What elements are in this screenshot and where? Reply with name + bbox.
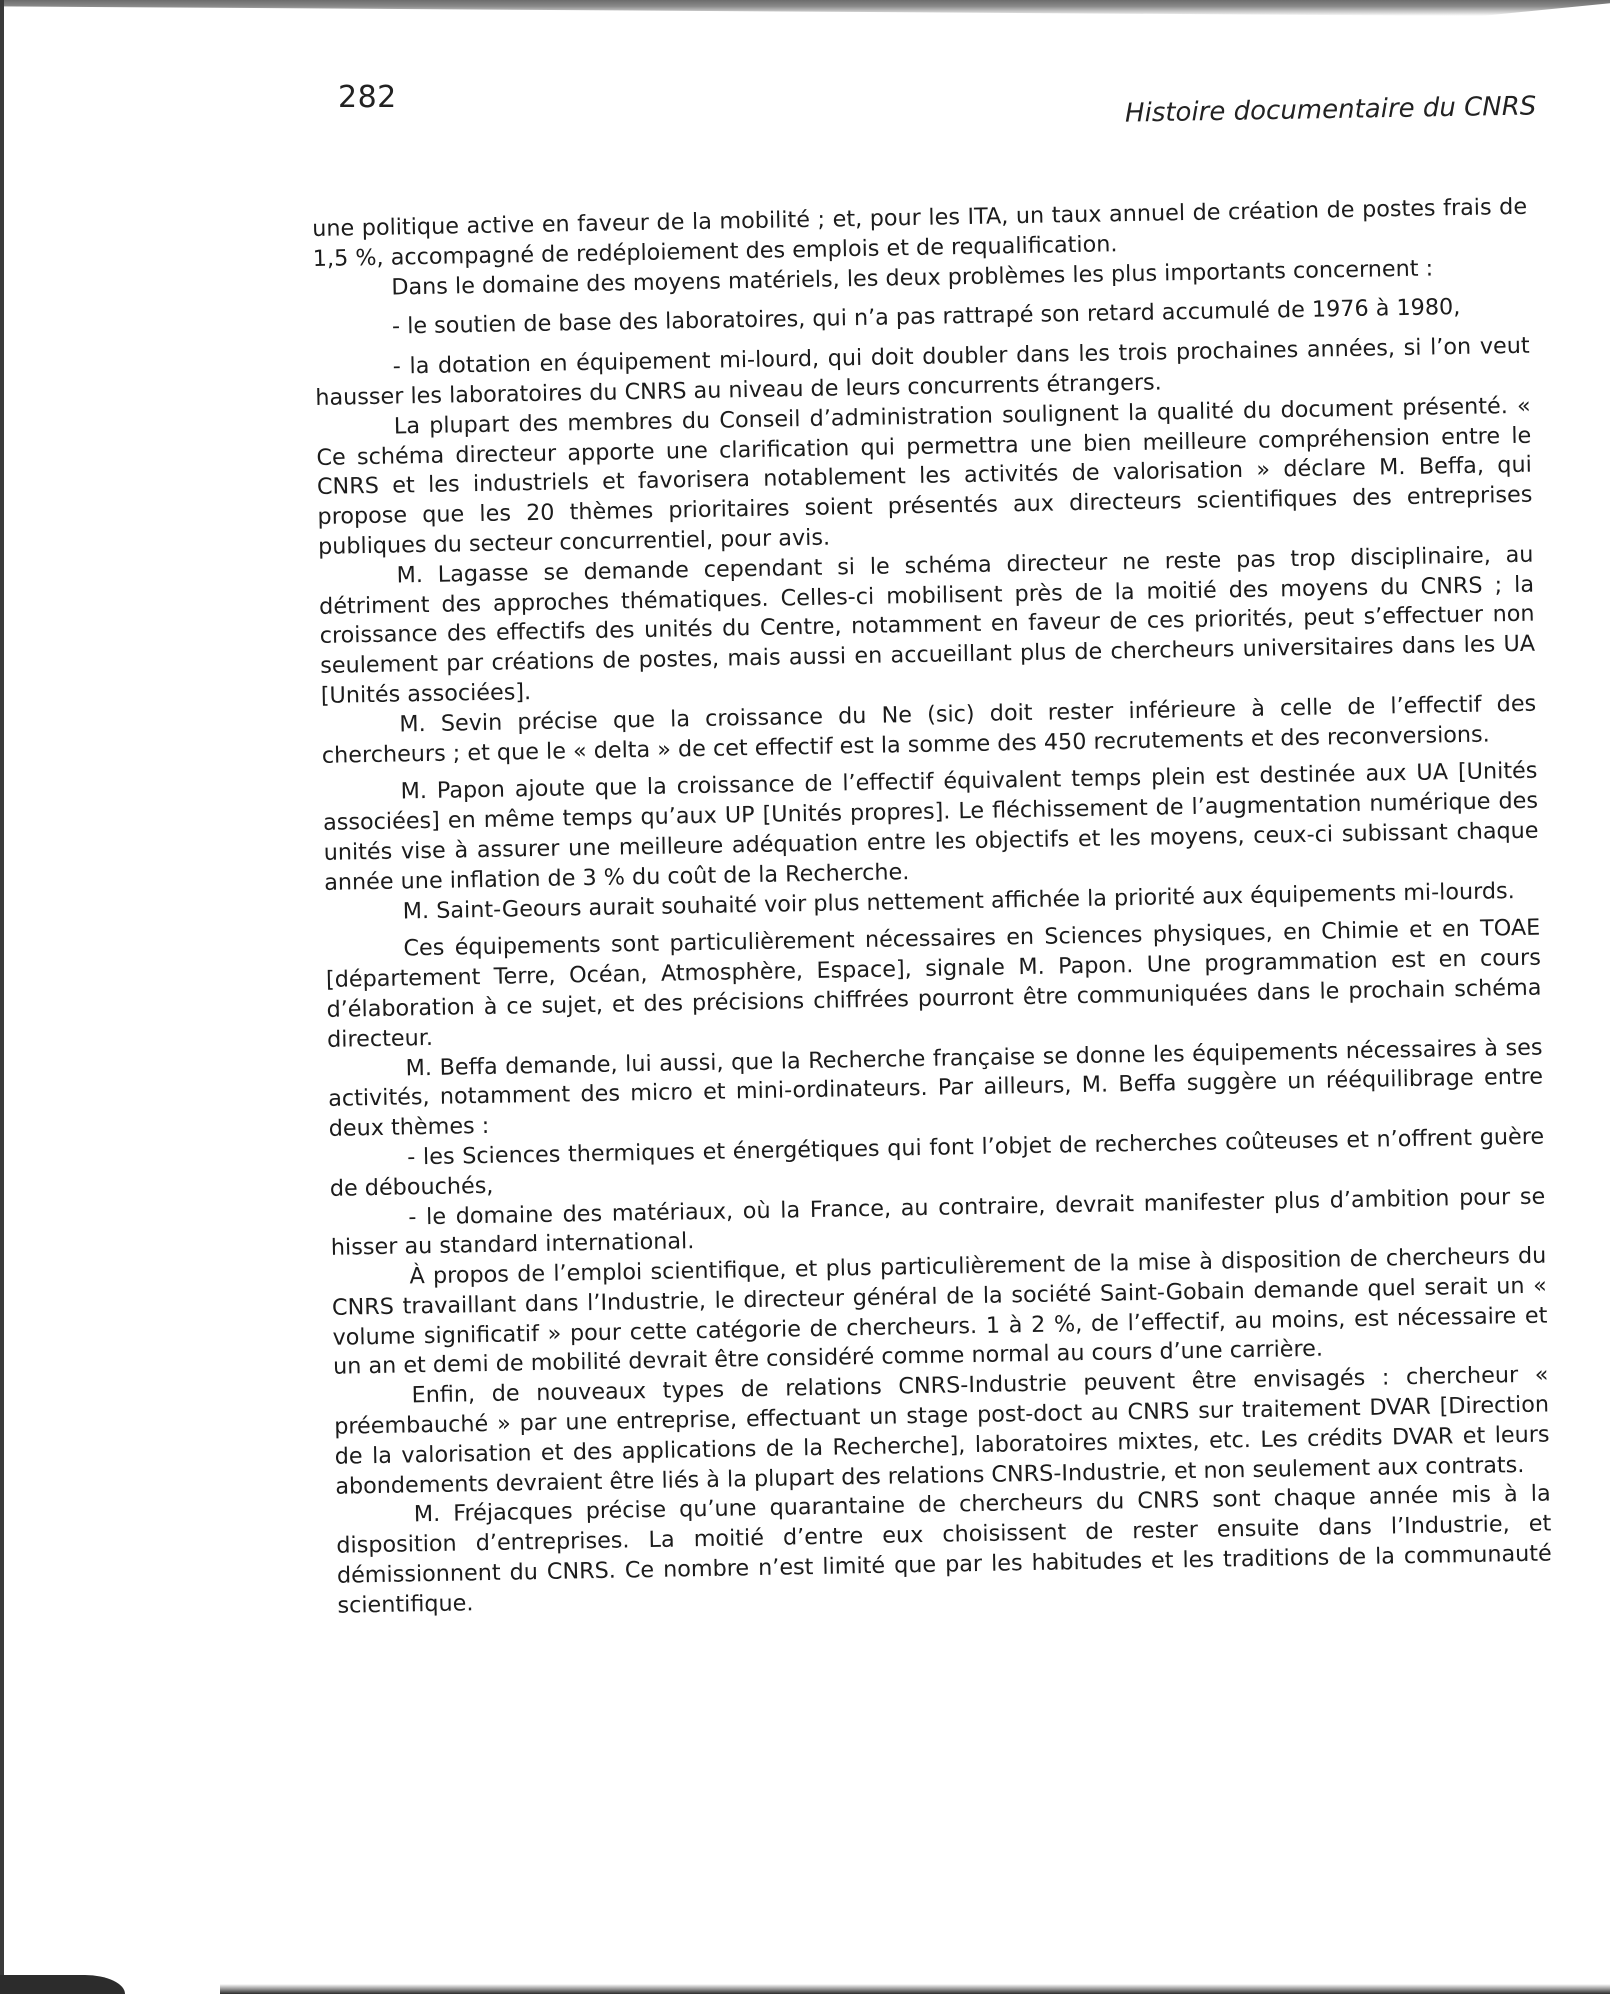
paragraph: M. Papon ajoute que la croissance de l’e… [322, 757, 1539, 898]
body-text: une politique active en faveur de la mob… [312, 193, 1553, 1622]
paragraph: La plupart des membres du Conseil d’admi… [316, 391, 1534, 562]
paragraph: M. Fréjacques précise qu’une quarantaine… [336, 1480, 1553, 1621]
paragraph: Enfin, de nouveaux types de relations CN… [333, 1361, 1550, 1502]
paragraph: M. Lagasse se demande cependant si le sc… [318, 540, 1536, 711]
paragraph: Ces équipements sont particulièrement né… [325, 914, 1542, 1055]
scan-shadow-bottom [220, 1984, 1610, 1994]
paragraph: À propos de l’emploi scientifique, et pl… [331, 1242, 1548, 1383]
running-title: Histoire documentaire du CNRS [1124, 91, 1536, 128]
page-number: 282 [338, 80, 397, 115]
scan-shadow-bottom-left [0, 1975, 125, 1994]
scan-shadow-left [0, 0, 4, 1994]
scan-shadow-top [0, 0, 1610, 16]
